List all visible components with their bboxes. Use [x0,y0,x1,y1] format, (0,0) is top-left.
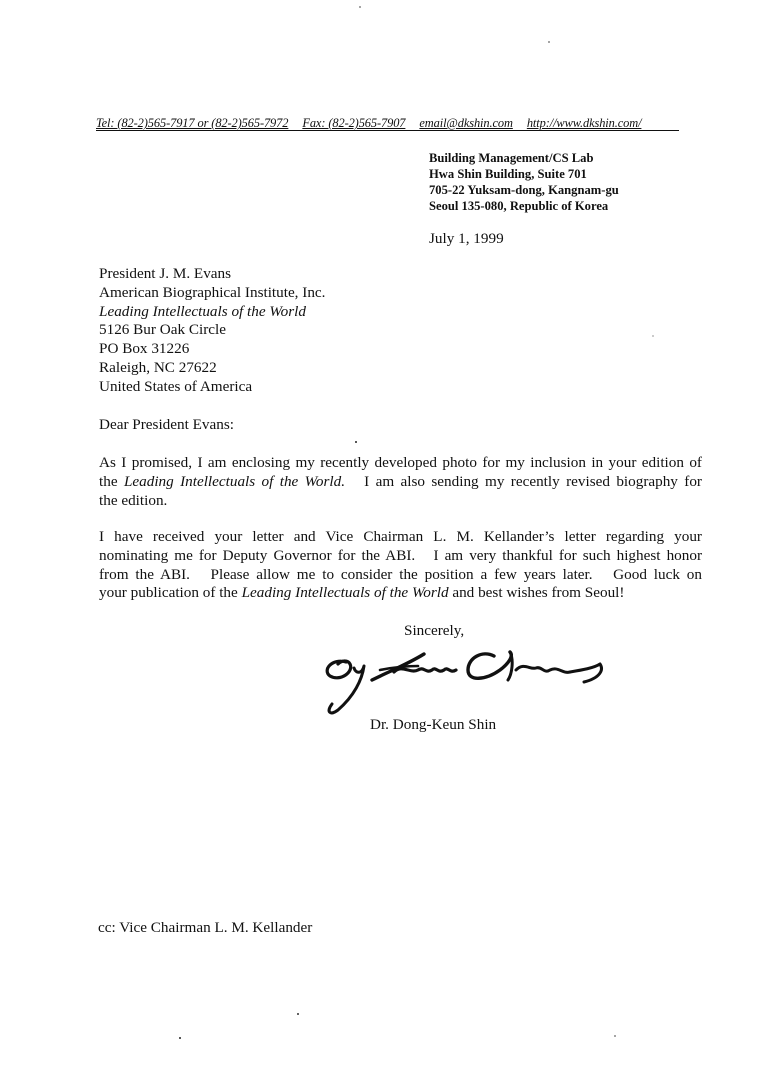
letterhead-contact-bar: Tel: (82-2)565-7917 or (82-2)565-7972Fax… [96,116,679,131]
paragraph-line: the edition. [99,492,702,511]
cc-line: cc: Vice Chairman L. M. Kellander [98,919,312,937]
recipient-publication: Leading Intellectuals of the World [99,303,325,322]
sender-address-line: 705-22 Yuksam-dong, Kangnam-gu [429,182,619,198]
sender-address-line: Seoul 135-080, Republic of Korea [429,198,619,214]
scan-speck [297,1013,299,1015]
body-paragraph-2: I have received your letter and Vice Cha… [99,528,702,603]
sender-address-line: Building Management/CS Lab [429,150,619,166]
scan-speck [652,335,654,337]
scan-speck [614,1035,616,1037]
email-link[interactable]: email@dkshin.com [419,116,512,130]
salutation: Dear President Evans: [99,416,234,434]
website-link[interactable]: http://www.dkshin.com/ [527,116,642,130]
letter-date: July 1, 1999 [429,230,504,248]
text-run: I am also sending my recently revised bi… [345,473,702,490]
closing: Sincerely, [404,622,464,640]
recipient-organization: American Biographical Institute, Inc. [99,284,325,303]
text-run: your publication of the [99,584,242,601]
signer-name: Dr. Dong-Keun Shin [370,716,496,734]
recipient-country: United States of America [99,378,325,397]
body-paragraph-1: As I promised, I am enclosing my recentl… [99,454,702,510]
recipient-name: President J. M. Evans [99,265,325,284]
scan-speck [359,6,361,8]
sender-address-line: Hwa Shin Building, Suite 701 [429,166,619,182]
text-run: and best wishes from Seoul! [449,584,625,601]
paragraph-line: nominating me for Deputy Governor for th… [99,547,702,566]
paragraph-line: the Leading Intellectuals of the World. … [99,473,702,492]
recipient-po-box: PO Box 31226 [99,340,325,359]
signature-icon [318,640,618,720]
scan-speck [355,441,357,443]
text-run: the [99,473,124,490]
recipient-city-state-zip: Raleigh, NC 27622 [99,359,325,378]
publication-title: Leading Intellectuals of the World. [124,473,345,490]
paragraph-line: your publication of the Leading Intellec… [99,584,702,603]
recipient-street: 5126 Bur Oak Circle [99,321,325,340]
fax-number: Fax: (82-2)565-7907 [302,116,405,130]
phone-numbers: Tel: (82-2)565-7917 or (82-2)565-7972 [96,116,288,130]
scan-speck [548,41,550,43]
scan-speck [179,1037,181,1039]
recipient-address: President J. M. Evans American Biographi… [99,265,325,397]
sender-address: Building Management/CS Lab Hwa Shin Buil… [429,150,619,214]
publication-title: Leading Intellectuals of the World [242,584,449,601]
paragraph-line: As I promised, I am enclosing my recentl… [99,454,702,473]
paragraph-line: I have received your letter and Vice Cha… [99,528,702,547]
letter-page: Tel: (82-2)565-7917 or (82-2)565-7972Fax… [0,0,760,1089]
paragraph-line: from the ABI. Please allow me to conside… [99,566,702,585]
